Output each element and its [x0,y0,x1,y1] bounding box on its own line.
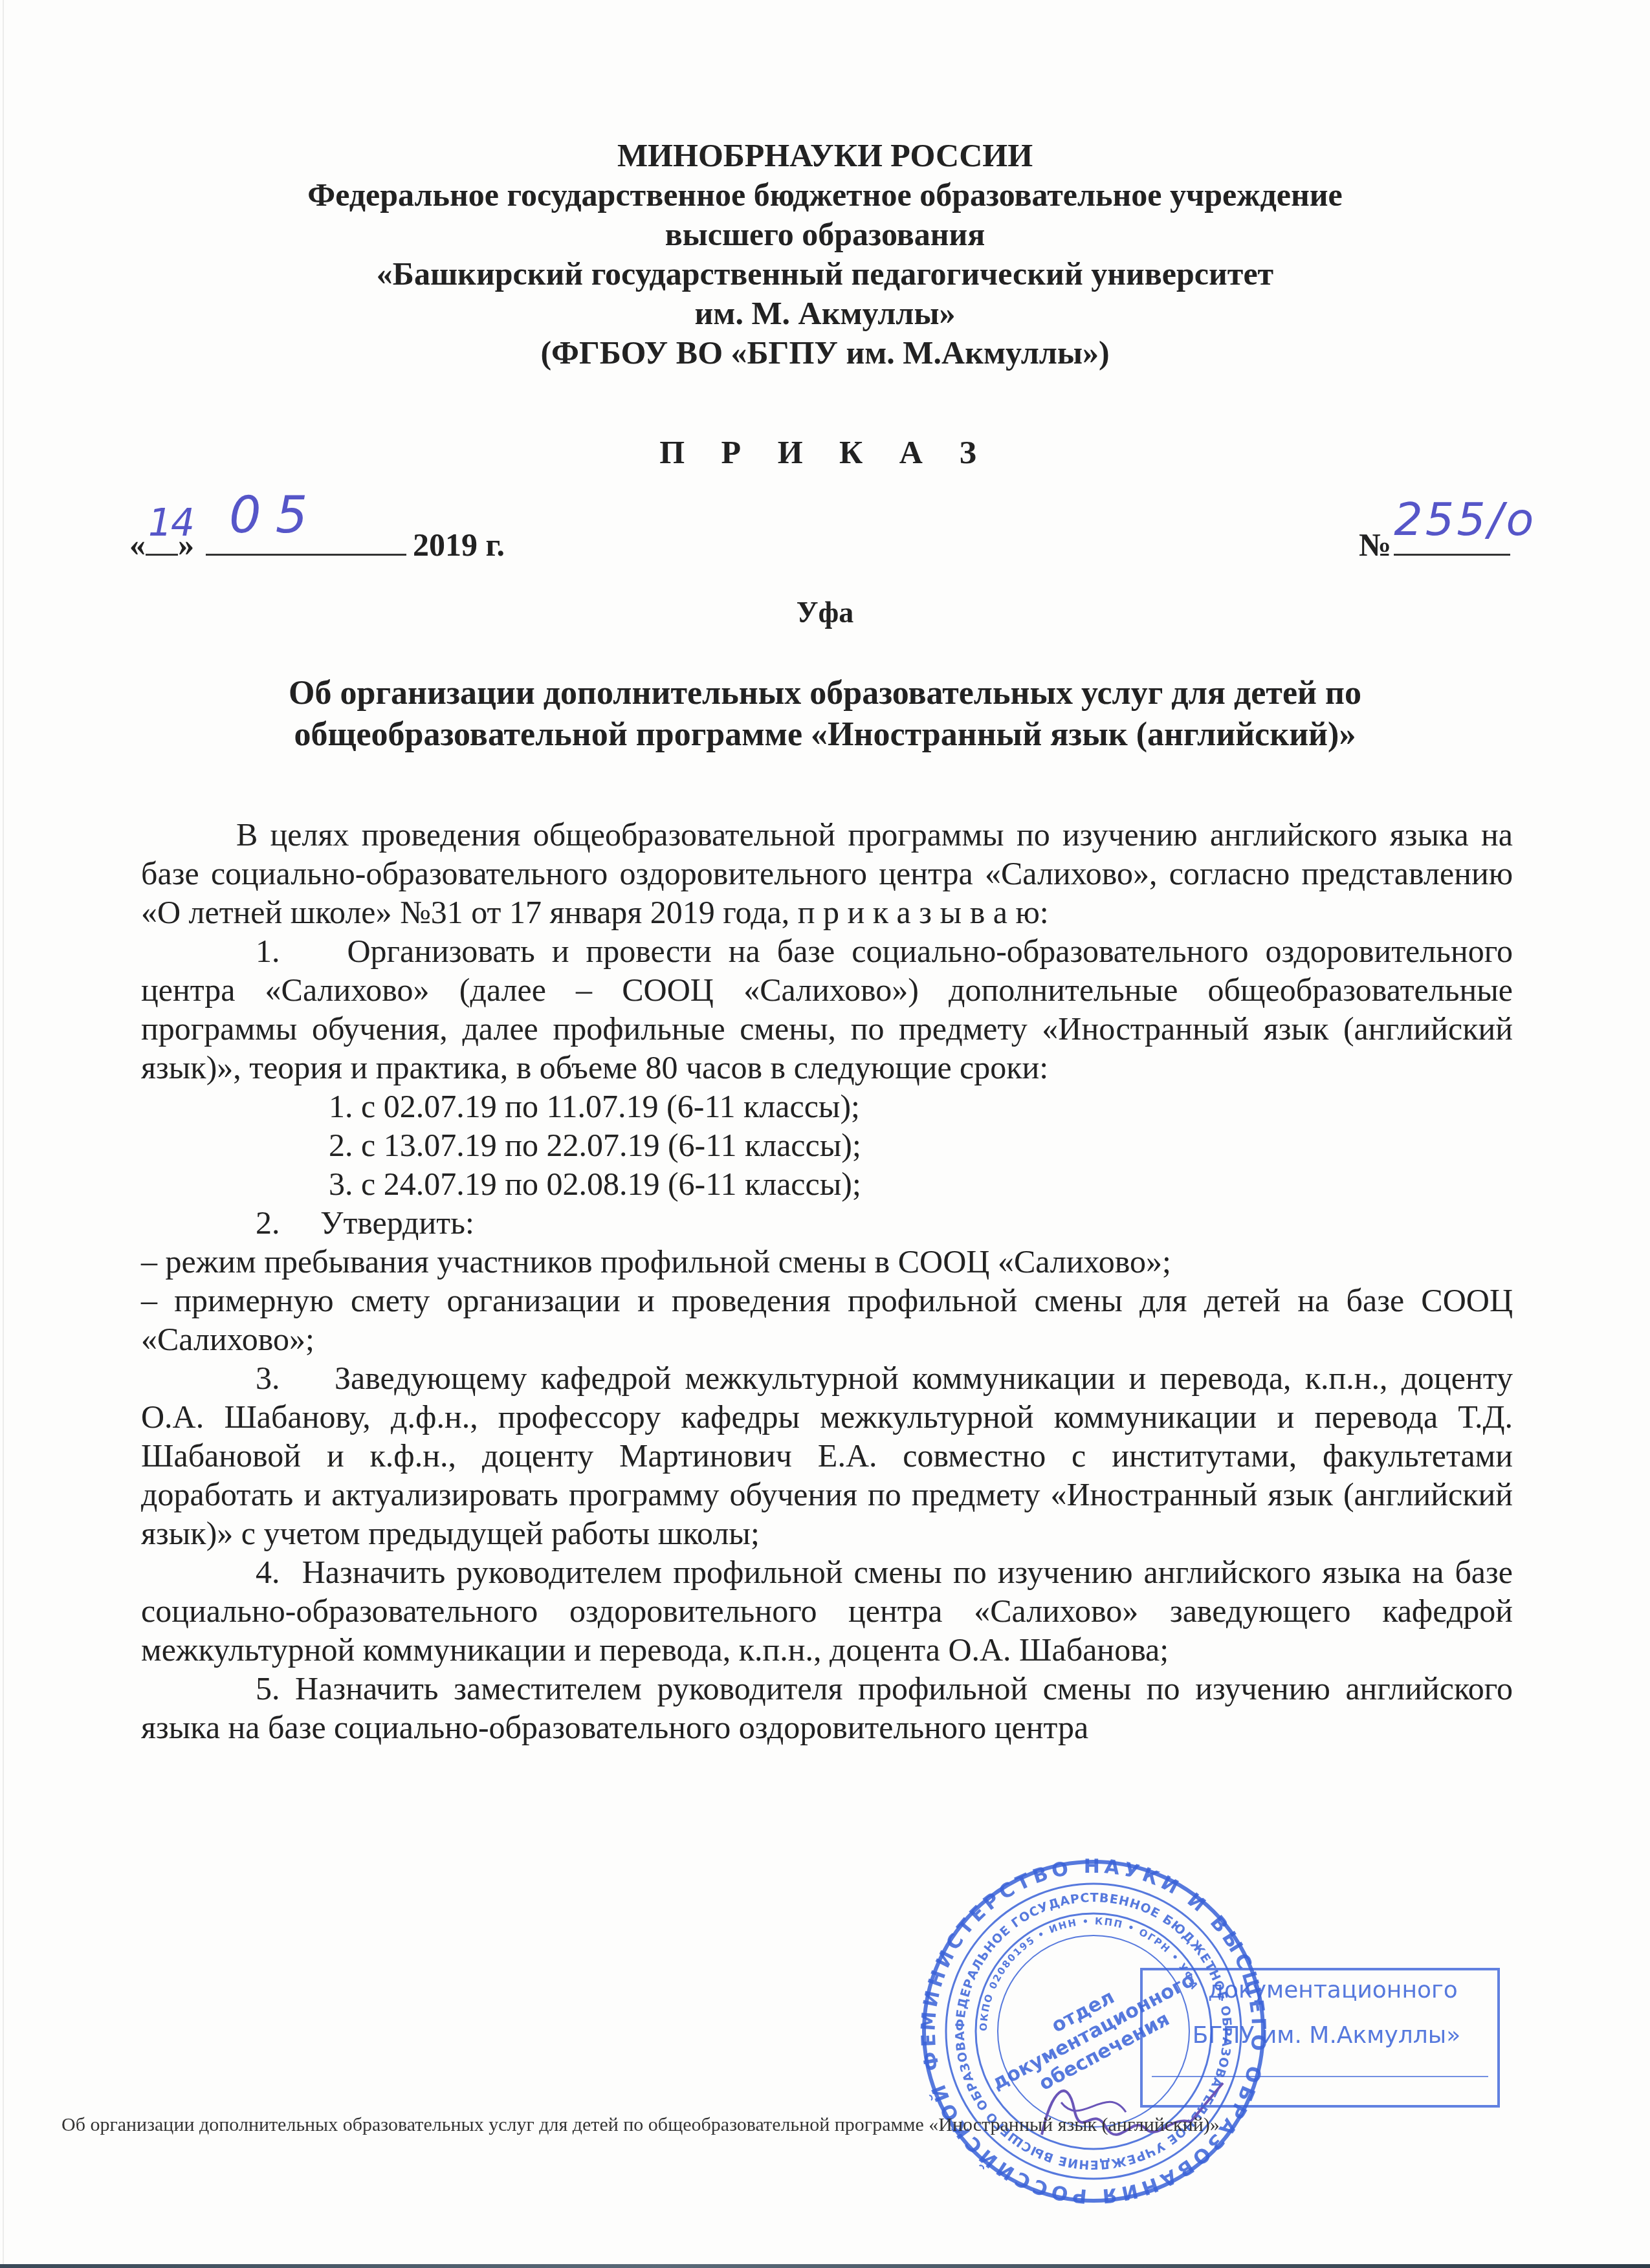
rectangular-department-stamp: документационного БГПУ им. М.Акмуллы» [1139,1967,1501,2109]
period-3: 3. с 24.07.19 по 02.08.19 (6-11 классы); [141,1164,1513,1203]
date-year: 2019 г. [413,527,505,563]
handwritten-month: 05 [229,486,322,545]
date-open-quote: « [129,526,146,563]
svg-text:отдел: отдел [1048,1986,1118,2038]
item-4-paragraph: 4. Назначить руководителем профильной см… [141,1553,1513,1669]
order-body: В целях проведения общеобразовательной п… [141,815,1513,1747]
svg-text:документационного: документационного [1208,1977,1458,2003]
number-label: № [1359,527,1391,563]
svg-text:БГПУ им. М.Акмуллы»: БГПУ им. М.Акмуллы» [1193,2022,1460,2049]
preamble-paragraph: В целях проведения общеобразовательной п… [141,815,1513,932]
handwritten-day: 14 [148,501,193,545]
item-5-paragraph: 5. Назначить заместителем руководителя п… [141,1669,1513,1747]
period-1: 1. с 02.07.19 по 11.07.19 (6-11 классы); [141,1087,1513,1126]
item-2-bullet-1: – режим пребывания участников профильной… [141,1242,1513,1281]
header-line-university-name-cont: им. М. Акмуллы» [0,294,1650,333]
header-line-university-name: «Башкирский государственный педагогическ… [0,254,1650,294]
item-3-text: Заведующему кафедрой межкультурной комму… [141,1360,1513,1551]
month-blank: 05 [206,525,406,556]
item-2-number: 2. [256,1205,280,1241]
header-line-ministry: МИНОБРНАУКИ РОССИИ [0,136,1650,175]
handwritten-number: 255/о [1394,493,1536,546]
item-1-number: 1. [256,933,280,969]
svg-text:ОКПО 02080195 • ИНН • КПП • ОГ: ОКПО 02080195 • ИНН • КПП • ОГРН • УФА [978,1915,1201,2031]
item-5-number: 5. [256,1670,280,1706]
svg-text:обеспечения: обеспечения [1035,2008,1173,2095]
order-number: №255/о [1359,525,1510,563]
item-4-number: 4. [256,1554,280,1590]
item-3-paragraph: 3. Заведующему кафедрой межкультурной ко… [141,1358,1513,1553]
item-1-text: Организовать и провести на базе социальн… [141,933,1513,1085]
item-2-text: Утвердить: [320,1205,474,1241]
title-line-1: Об организации дополнительных образовате… [0,673,1650,714]
date-number-row: «14»052019 г. №255/о [0,511,1650,582]
document-type-title: П Р И К А З [0,433,1650,471]
svg-text:МИНИСТЕРСТВО НАУКИ И ВЫСШЕГО О: МИНИСТЕРСТВО НАУКИ И ВЫСШЕГО ОБРАЗОВАНИЯ… [912,1857,1270,2206]
order-date: «14»052019 г. [129,525,505,563]
item-3-number: 3. [256,1360,280,1396]
title-line-2: общеобразовательной программе «Иностранн… [0,714,1650,756]
round-seal-stamp: МИНИСТЕРСТВО НАУКИ И ВЫСШЕГО ОБРАЗОВАНИЯ… [912,1857,1275,2206]
header-line-education-level: высшего образования [0,215,1650,254]
institution-header: МИНОБРНАУКИ РОССИИ Федеральное государст… [0,136,1650,373]
header-line-institution-type: Федеральное государственное бюджетное об… [0,175,1650,215]
period-2: 2. с 13.07.19 по 22.07.19 (6-11 классы); [141,1126,1513,1164]
document-page: МИНОБРНАУКИ РОССИИ Федеральное государст… [0,0,1650,2268]
svg-text:документационного: документационного [988,1968,1199,2095]
item-5-text: Назначить заместителем руководителя проф… [141,1670,1513,1745]
city-name: Уфа [0,595,1650,629]
item-1-paragraph: 1. Организовать и провести на базе социа… [141,932,1513,1087]
item-2-paragraph: 2. Утвердить: [141,1203,1513,1242]
day-blank: 14 [146,525,178,556]
order-subject-title: Об организации дополнительных образовате… [0,673,1650,756]
item-4-text: Назначить руководителем профильной смены… [141,1554,1513,1668]
item-2-bullet-2: – примерную смету организации и проведен… [141,1281,1513,1358]
page-footer: Об организации дополнительных образовате… [61,2114,1220,2136]
header-line-abbreviation: (ФГБОУ ВО «БГПУ им. М.Акмуллы») [0,333,1650,373]
scan-bottom-edge [0,2264,1650,2268]
number-blank: 255/о [1394,525,1510,556]
